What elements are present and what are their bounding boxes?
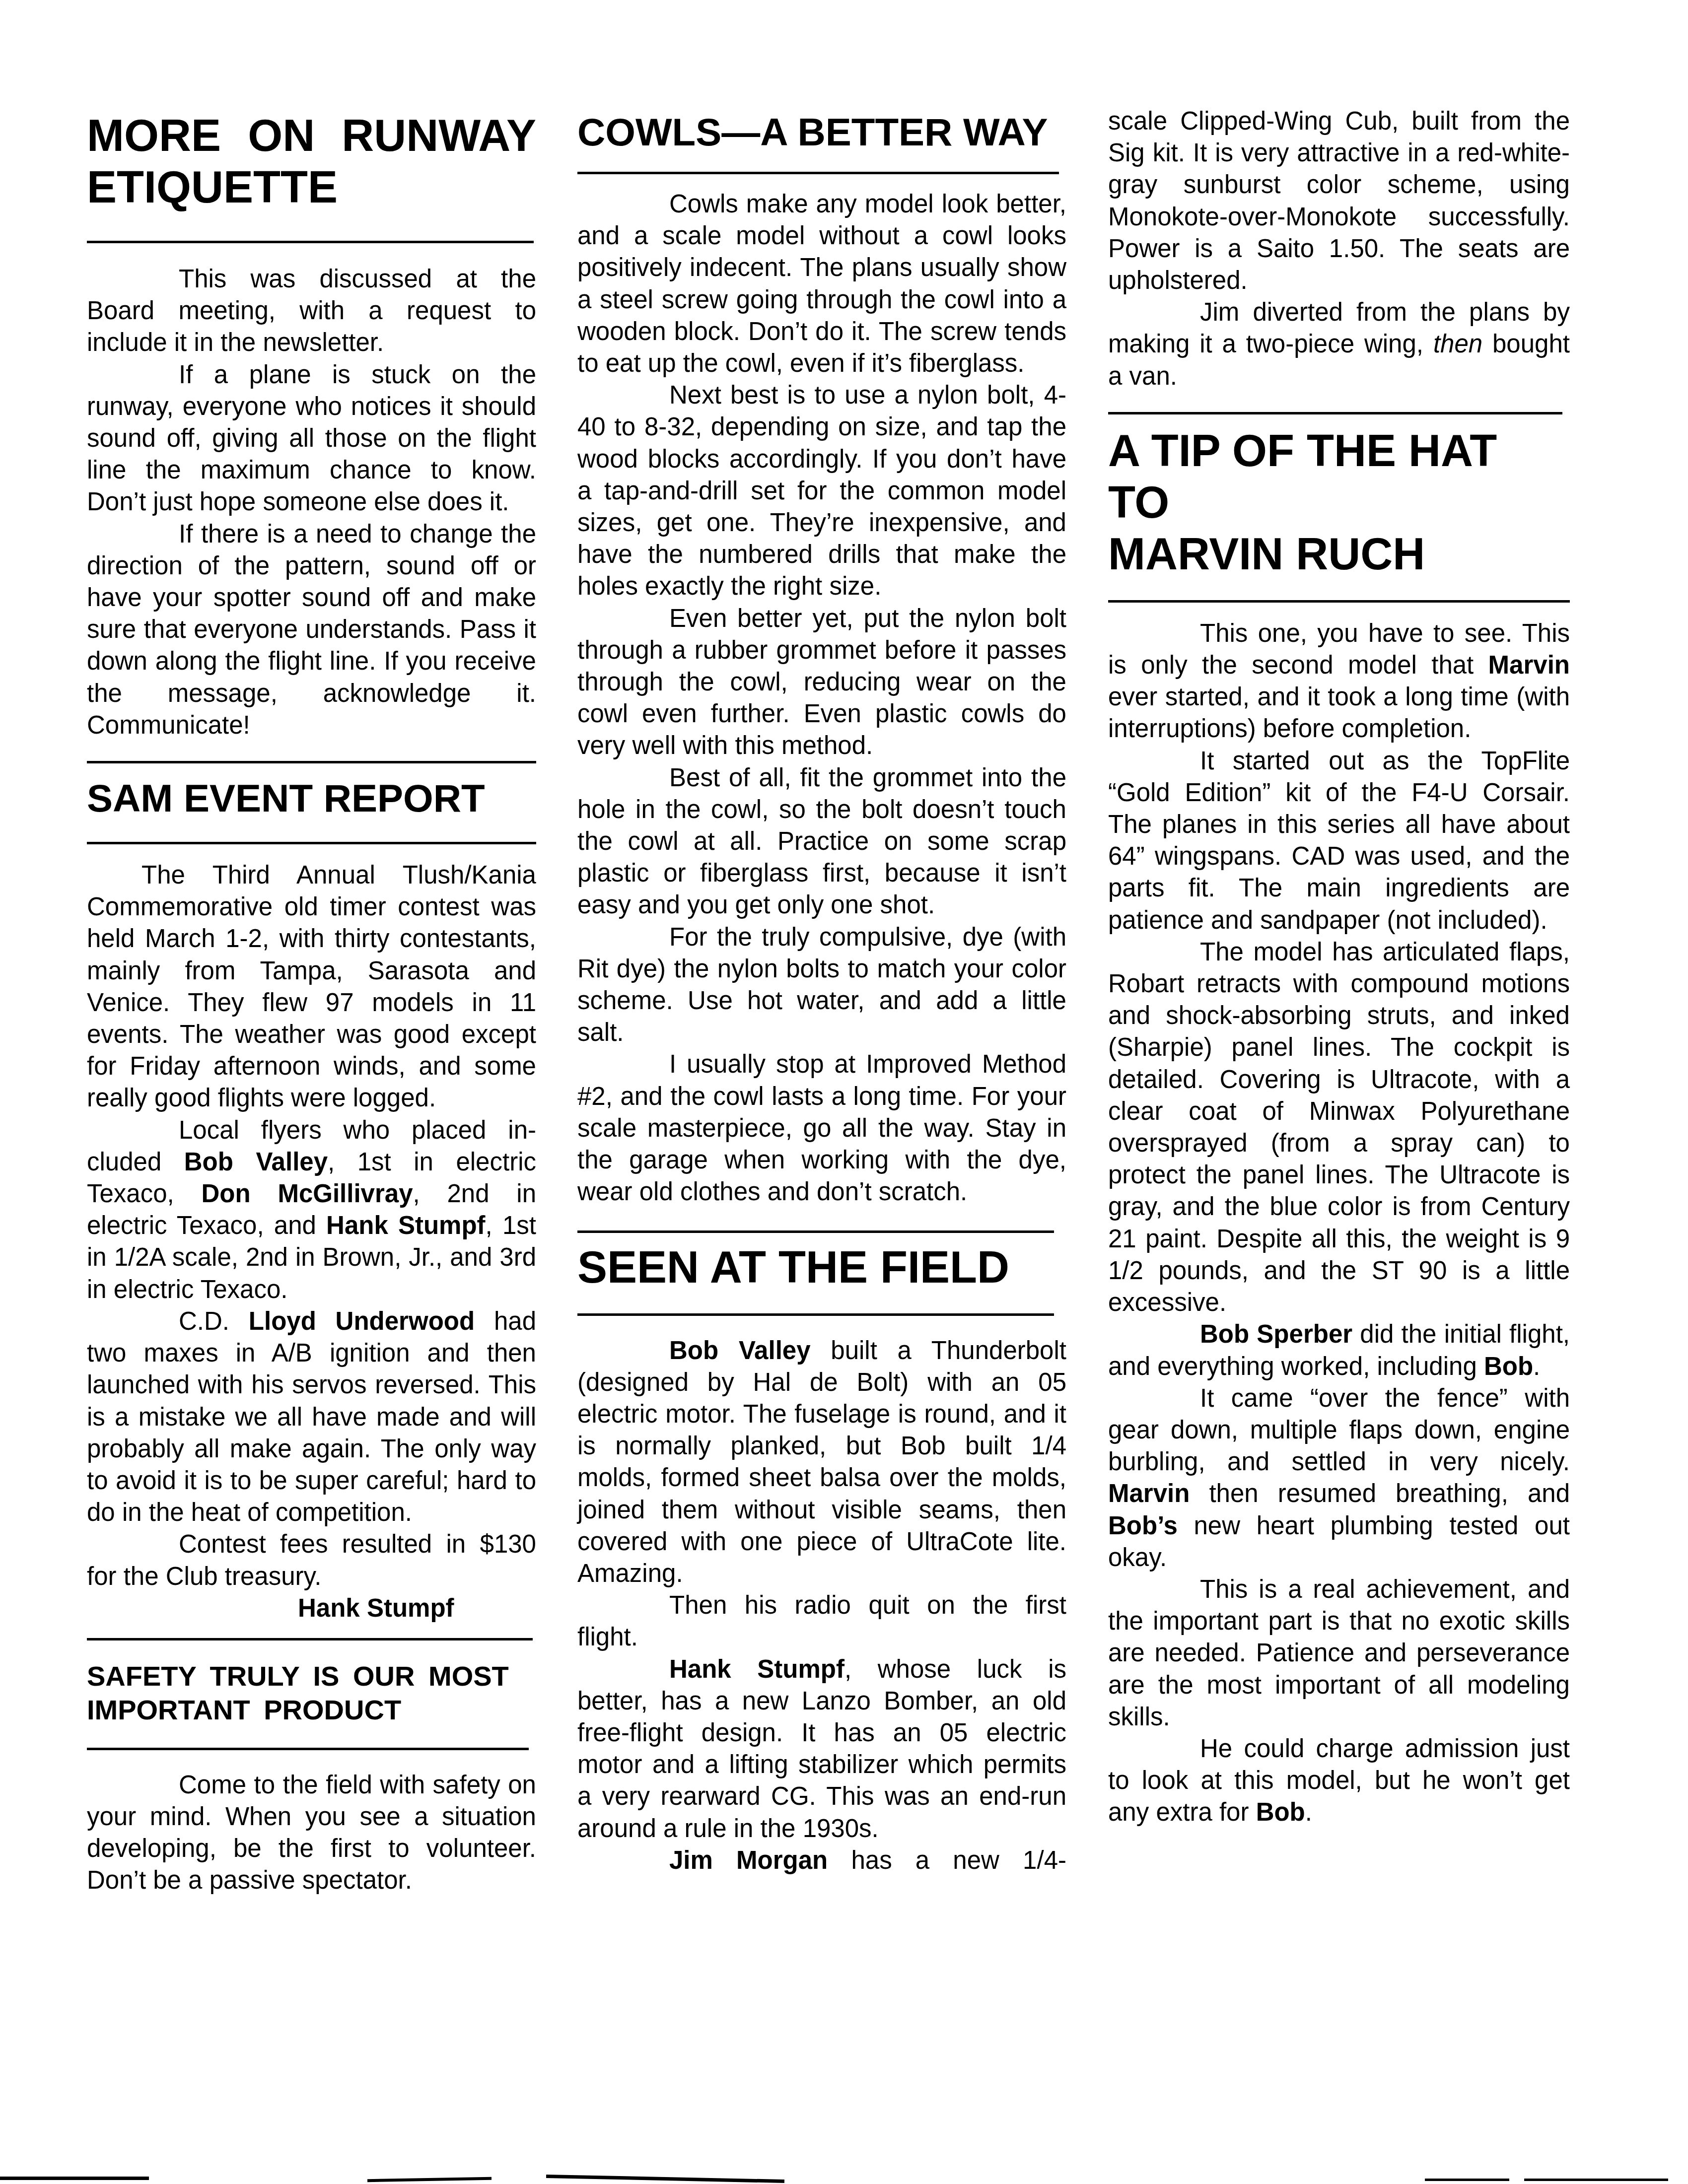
article-safety: SAFETY TRULY IS OUR MOST IMPORTANT PRODU… xyxy=(87,1640,536,1897)
paragraph: Contest fees resulted in $130 for the Cl… xyxy=(87,1528,536,1592)
article-seen-at-the-field-continued: scale Clipped-Wing Cub, built from the S… xyxy=(1108,0,1570,414)
headline-cowls: COWLS—A BETTER WAY xyxy=(577,108,1066,156)
paragraph: This is a real achievement, and the impo… xyxy=(1108,1573,1570,1733)
paragraph: Hank Stumpf, whose luck is better, has a… xyxy=(577,1653,1066,1844)
paragraph: This one, you have to see. This is only … xyxy=(1108,617,1570,745)
paragraph: If there is a need to change the directi… xyxy=(87,518,536,741)
paragraph: Jim diverted from the plans by making it… xyxy=(1108,296,1570,392)
person-name: Don McGillivray xyxy=(202,1179,413,1208)
paragraph: Next best is to use a nylon bolt, 4-40 t… xyxy=(577,379,1066,602)
headline-line-1: MORE ON RUNWAY xyxy=(87,111,536,161)
person-name: Lloyd Underwood xyxy=(249,1307,475,1335)
person-name: Bob’s xyxy=(1108,1511,1178,1540)
article-sam-event-report: SAM EVENT REPORT The Third Annual Tlush/… xyxy=(87,763,536,1640)
paragraph: The model has articulated flaps, Robart … xyxy=(1108,936,1570,1318)
paragraph: Cowls make any model look better, and a … xyxy=(577,188,1066,379)
scan-artifact xyxy=(0,2177,149,2180)
person-name: Bob Valley xyxy=(669,1336,811,1365)
paragraph-continued: scale Clipped-Wing Cub, built from the S… xyxy=(1108,105,1570,296)
headline-seen-at-the-field: SEEN AT THE FIELD xyxy=(577,1242,1066,1294)
column-3: scale Clipped-Wing Cub, built from the S… xyxy=(1108,0,1570,1829)
person-name: Marvin xyxy=(1488,651,1570,679)
byline: Hank Stumpf xyxy=(87,1592,536,1624)
paragraph: Local flyers who placed in­cluded Bob Va… xyxy=(87,1114,536,1305)
headline-sam-event-report: SAM EVENT REPORT xyxy=(87,774,536,822)
column-1: MORE ON RUNWAY ETIQUETTE This was discus… xyxy=(87,0,536,1897)
article-seen-at-the-field: SEEN AT THE FIELD Bob Valley built a Thu… xyxy=(577,1233,1066,1876)
paragraph: It started out as the TopFlite “Gold Edi… xyxy=(1108,745,1570,936)
person-name: Bob Valley xyxy=(184,1148,328,1176)
scan-artifact xyxy=(546,2175,784,2183)
person-name: Marvin xyxy=(1108,1479,1190,1507)
headline-safety: SAFETY TRULY IS OUR MOST IMPORTANT PRODU… xyxy=(87,1659,536,1727)
paragraph: Bob Valley built a Thunderbolt (designed… xyxy=(577,1335,1066,1590)
scan-artifact xyxy=(1425,2179,1509,2181)
paragraph: He could charge admission just to look a… xyxy=(1108,1733,1570,1829)
headline-runway-etiquette: MORE ON RUNWAY xyxy=(87,110,536,162)
paragraph: For the truly compulsive, dye (with Rit … xyxy=(577,921,1066,1049)
paragraph: C.D. Lloyd Underwood had two maxes in A/… xyxy=(87,1305,536,1528)
paragraph: This was discussed at the Board meeting,… xyxy=(87,263,536,359)
paragraph: I usually stop at Improved Method #2, an… xyxy=(577,1048,1066,1208)
person-name: Bob Sperber xyxy=(1200,1320,1352,1348)
paragraph: Even better yet, put the nylon bolt thro… xyxy=(577,603,1066,762)
scan-artifact xyxy=(367,2177,492,2182)
article-cowls: COWLS—A BETTER WAY Cowls make any model … xyxy=(577,0,1066,1233)
article-runway-etiquette: MORE ON RUNWAY ETIQUETTE This was discus… xyxy=(87,0,536,763)
person-name: Hank Stumpf xyxy=(326,1211,486,1239)
paragraph: Come to the field with safety on your mi… xyxy=(87,1769,536,1897)
person-name: Bob xyxy=(1484,1352,1533,1380)
paragraph: Best of all, fit the grommet into the ho… xyxy=(577,762,1066,921)
person-name: Bob xyxy=(1256,1798,1305,1826)
column-2: COWLS—A BETTER WAY Cowls make any model … xyxy=(577,0,1066,1876)
paragraph: If a plane is stuck on the runway, every… xyxy=(87,359,536,518)
headline-runway-etiquette-line-2: ETIQUETTE xyxy=(87,162,536,213)
paragraph: Then his radio quit on the first flight. xyxy=(577,1589,1066,1653)
person-name: Hank Stumpf xyxy=(669,1655,844,1683)
emphasis: then xyxy=(1433,330,1482,358)
scan-artifact xyxy=(1524,2179,1668,2181)
paragraph: It came “over the fence” with gear down,… xyxy=(1108,1382,1570,1573)
paragraph: Jim Morgan has a new 1/4- xyxy=(577,1844,1066,1876)
paragraph: Bob Sperber did the initial flight, and … xyxy=(1108,1318,1570,1382)
headline-tip-of-the-hat: A TIP OF THE HAT TO MARVIN RUCH xyxy=(1108,425,1570,580)
article-tip-of-the-hat: A TIP OF THE HAT TO MARVIN RUCH This one… xyxy=(1108,414,1570,1829)
paragraph: The Third Annual Tlush/Kania Commemorati… xyxy=(87,859,536,1114)
person-name: Jim Morgan xyxy=(669,1846,828,1874)
headline-line-2: ETIQUETTE xyxy=(87,163,338,212)
